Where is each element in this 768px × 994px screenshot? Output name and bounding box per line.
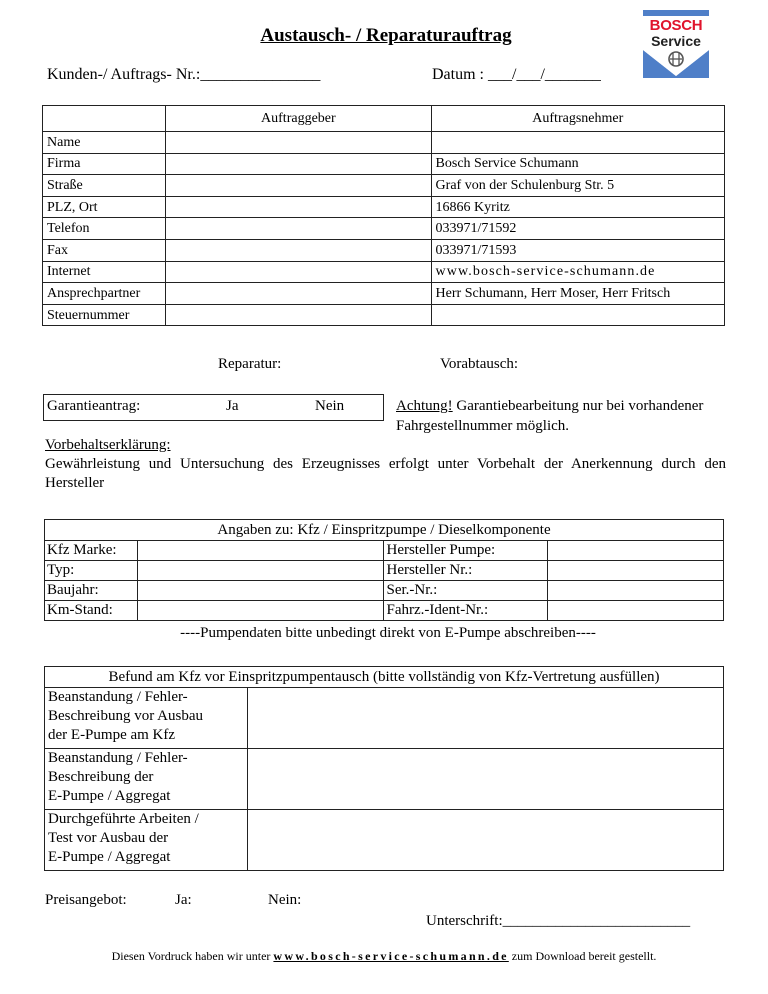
- logo-brand: BOSCH: [643, 18, 709, 34]
- page-title-text: Austausch- / Reparaturauftrag: [260, 25, 511, 46]
- contractor-fax-cell: 033971/71593: [431, 239, 724, 261]
- table-row: Beanstandung / Fehler- Beschreibung der …: [45, 749, 724, 810]
- parties-table-header: Auftraggeber Auftragsnehmer: [43, 106, 725, 132]
- footer-suffix: zum Download bereit gestellt.: [509, 949, 657, 963]
- contractor-name-cell: [431, 132, 724, 154]
- label-line: Beschreibung vor Ausbau: [48, 707, 244, 726]
- mileage-field[interactable]: [138, 601, 384, 621]
- row-label: Typ:: [45, 561, 138, 581]
- findings-table: Befund am Kfz vor Einspritzpumpentausch …: [44, 666, 724, 871]
- client-phone-cell[interactable]: [166, 218, 431, 240]
- vin-field[interactable]: [548, 601, 724, 621]
- bosch-service-logo: BOSCH Service: [643, 10, 709, 78]
- table-row: Baujahr: Ser.-Nr.:: [45, 581, 724, 601]
- client-city-cell[interactable]: [166, 196, 431, 218]
- pump-manufacturer-field[interactable]: [548, 541, 724, 561]
- quote-yes-option[interactable]: Ja:: [175, 892, 192, 909]
- contractor-contact-cell: Herr Schumann, Herr Moser, Herr Fritsch: [431, 283, 724, 305]
- table-row: Steuernummer: [43, 304, 725, 326]
- client-name-cell[interactable]: [166, 132, 431, 154]
- row-label: Ansprechpartner: [43, 283, 166, 305]
- contractor-tax-number-cell: [431, 304, 724, 326]
- client-street-cell[interactable]: [166, 175, 431, 197]
- serial-number-field[interactable]: [548, 581, 724, 601]
- table-row: Typ: Hersteller Nr.:: [45, 561, 724, 581]
- row-label: Kfz Marke:: [45, 541, 138, 561]
- row-label: Hersteller Nr.:: [384, 561, 548, 581]
- table-row: Beanstandung / Fehler- Beschreibung vor …: [45, 688, 724, 749]
- contractor-website-link[interactable]: www.bosch-service-schumann.de: [431, 261, 724, 283]
- contractor-phone-cell: 033971/71592: [431, 218, 724, 240]
- contractor-city-cell: 16866 Kyritz: [431, 196, 724, 218]
- table-row: Kfz Marke: Hersteller Pumpe:: [45, 541, 724, 561]
- contractor-street-cell: Graf von der Schulenburg Str. 5: [431, 175, 724, 197]
- row-label: Ser.-Nr.:: [384, 581, 548, 601]
- reservation-heading: Vorbehaltserklärung:: [45, 436, 726, 455]
- label-line: Beschreibung der: [48, 768, 244, 787]
- client-tax-number-cell[interactable]: [166, 304, 431, 326]
- warranty-request-box: Garantieantrag: Ja Nein: [43, 394, 384, 421]
- signature-field[interactable]: Unterschrift:_________________________: [426, 913, 690, 930]
- footer-website-link[interactable]: www.bosch-service-schumann.de: [273, 949, 508, 963]
- complaint-before-removal-field[interactable]: [247, 688, 723, 749]
- label-line: E-Pumpe / Aggregat: [48, 787, 244, 806]
- label-line: Test vor Ausbau der: [48, 829, 244, 848]
- warranty-no-option[interactable]: Nein: [315, 398, 344, 415]
- row-label: Fahrz.-Ident-Nr.:: [384, 601, 548, 621]
- advance-exchange-option[interactable]: Vorabtausch:: [440, 356, 518, 373]
- pump-data-note-text: ----Pumpendaten bitte unbedingt direkt v…: [180, 625, 596, 641]
- date-blank[interactable]: ___/___/_______: [488, 66, 601, 83]
- bosch-armature-icon: [643, 46, 709, 78]
- label-line: Beanstandung / Fehler-: [48, 749, 244, 768]
- row-label: Baujahr:: [45, 581, 138, 601]
- row-label: Beanstandung / Fehler- Beschreibung vor …: [45, 688, 248, 749]
- row-label: Telefon: [43, 218, 166, 240]
- vehicle-type-field[interactable]: [138, 561, 384, 581]
- pump-data-note: ----Pumpendaten bitte unbedingt direkt v…: [0, 625, 768, 642]
- client-company-cell[interactable]: [166, 153, 431, 175]
- manufacturer-number-field[interactable]: [548, 561, 724, 581]
- label-line: Durchgeführte Arbeiten /: [48, 810, 244, 829]
- table-row: Durchgeführte Arbeiten / Test vor Ausbau…: [45, 810, 724, 871]
- header-client: Auftraggeber: [166, 106, 431, 132]
- label-line: der E-Pumpe am Kfz: [48, 726, 244, 745]
- signature-line[interactable]: _________________________: [503, 913, 691, 929]
- findings-table-header: Befund am Kfz vor Einspritzpumpentausch …: [45, 667, 724, 688]
- build-year-field[interactable]: [138, 581, 384, 601]
- row-label: Internet: [43, 261, 166, 283]
- vehicle-table-header: Angaben zu: Kfz / Einspritzpumpe / Diese…: [45, 520, 724, 541]
- vehicle-table-header-row: Angaben zu: Kfz / Einspritzpumpe / Diese…: [45, 520, 724, 541]
- table-row: Ansprechpartner Herr Schumann, Herr Mose…: [43, 283, 725, 305]
- customer-number-label: Kunden-/ Auftrags- Nr.:: [47, 66, 200, 83]
- row-label: Straße: [43, 175, 166, 197]
- row-label: Beanstandung / Fehler- Beschreibung der …: [45, 749, 248, 810]
- client-fax-cell[interactable]: [166, 239, 431, 261]
- reservation-text: Gewährleistung und Untersuchung des Erze…: [45, 455, 726, 493]
- repair-option[interactable]: Reparatur:: [218, 356, 281, 373]
- customer-number-field[interactable]: Kunden-/ Auftrags- Nr.:_______________: [47, 66, 320, 84]
- reservation-statement: Vorbehaltserklärung: Gewährleistung und …: [45, 436, 726, 493]
- row-label: Hersteller Pumpe:: [384, 541, 548, 561]
- row-label: PLZ, Ort: [43, 196, 166, 218]
- client-internet-cell[interactable]: [166, 261, 431, 283]
- table-row: Firma Bosch Service Schumann: [43, 153, 725, 175]
- warranty-yes-option[interactable]: Ja: [226, 398, 239, 415]
- row-label: Firma: [43, 153, 166, 175]
- row-label: Name: [43, 132, 166, 154]
- warranty-notice: Achtung! Garantiebearbeitung nur bei vor…: [396, 396, 726, 436]
- table-row: Straße Graf von der Schulenburg Str. 5: [43, 175, 725, 197]
- label-line: E-Pumpe / Aggregat: [48, 848, 244, 867]
- quote-no-option[interactable]: Nein:: [268, 892, 301, 909]
- logo-body: BOSCH Service: [643, 16, 709, 78]
- table-row: Fax 033971/71593: [43, 239, 725, 261]
- table-row: PLZ, Ort 16866 Kyritz: [43, 196, 725, 218]
- footer-note: Diesen Vordruck haben wir unter www.bosc…: [0, 949, 768, 964]
- header-contractor: Auftragsnehmer: [431, 106, 724, 132]
- customer-number-blank[interactable]: _______________: [200, 66, 320, 83]
- date-field[interactable]: Datum : ___/___/_______: [432, 66, 601, 84]
- footer-prefix: Diesen Vordruck haben wir unter: [112, 949, 274, 963]
- parties-table: Auftraggeber Auftragsnehmer Name Firma B…: [42, 105, 725, 326]
- row-label: Steuernummer: [43, 304, 166, 326]
- table-row: Internet www.bosch-service-schumann.de: [43, 261, 725, 283]
- vehicle-pump-table: Angaben zu: Kfz / Einspritzpumpe / Diese…: [44, 519, 724, 621]
- pump-complaint-field[interactable]: [247, 749, 723, 810]
- vehicle-make-field[interactable]: [138, 541, 384, 561]
- table-row: Name: [43, 132, 725, 154]
- signature-label: Unterschrift:: [426, 913, 503, 929]
- header-empty: [43, 106, 166, 132]
- client-contact-cell[interactable]: [166, 283, 431, 305]
- warranty-notice-heading: Achtung!: [396, 398, 453, 414]
- row-label: Km-Stand:: [45, 601, 138, 621]
- row-label: Durchgeführte Arbeiten / Test vor Ausbau…: [45, 810, 248, 871]
- warranty-label: Garantieantrag:: [47, 398, 140, 415]
- findings-header-row: Befund am Kfz vor Einspritzpumpentausch …: [45, 667, 724, 688]
- table-row: Km-Stand: Fahrz.-Ident-Nr.:: [45, 601, 724, 621]
- table-row: Telefon 033971/71592: [43, 218, 725, 240]
- quote-label: Preisangebot:: [45, 892, 127, 909]
- contractor-company-cell: Bosch Service Schumann: [431, 153, 724, 175]
- date-label: Datum :: [432, 66, 484, 83]
- work-performed-field[interactable]: [247, 810, 723, 871]
- label-line: Beanstandung / Fehler-: [48, 688, 244, 707]
- row-label: Fax: [43, 239, 166, 261]
